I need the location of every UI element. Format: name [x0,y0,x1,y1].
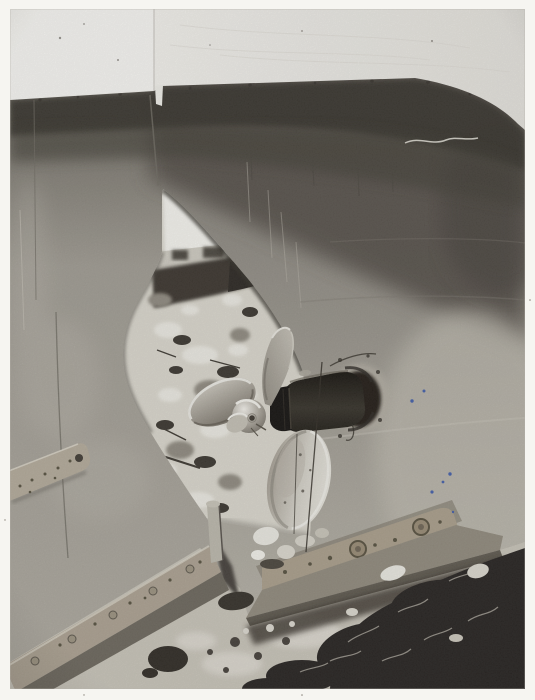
dust [529,299,531,301]
dust [83,694,84,695]
dust [301,694,303,696]
dust [4,519,5,520]
film-grain-light [10,9,525,689]
photo-image [3,9,535,700]
photo-print [0,0,535,700]
photo-svg [0,0,535,700]
